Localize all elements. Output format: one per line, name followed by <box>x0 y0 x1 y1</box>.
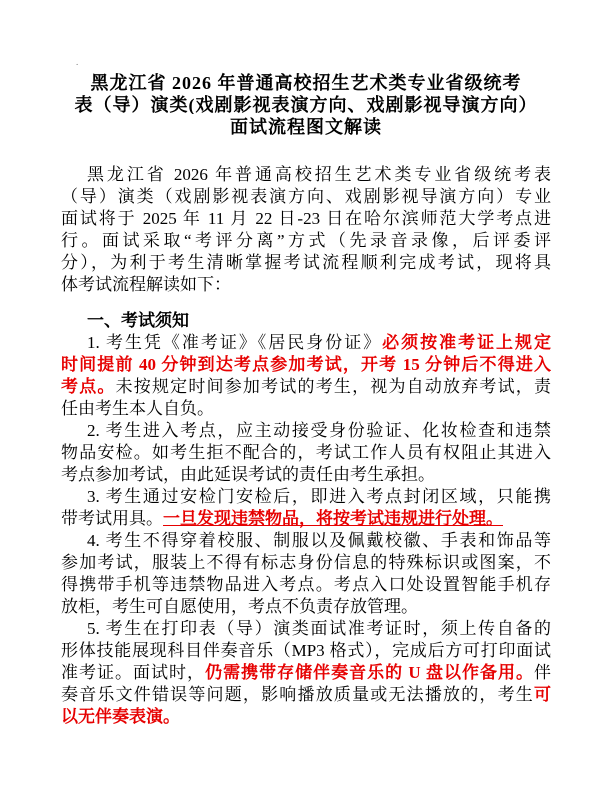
body-text: 4. 考生不得穿着校服、制服以及佩戴校徽、手表和饰品等 <box>87 531 551 550</box>
body-text: 未按规定时间参加考试的考生，视为自动放弃考试，责 <box>116 377 551 396</box>
body-text: 体考试流程解读如下： <box>61 275 231 294</box>
text-line: 形体技能展现科目伴奏音乐（MP3 格式），完成后方可打印面试 <box>61 640 551 662</box>
body-text: 2. 考生进入考点，应主动接受身份验证、化妆检查和违禁 <box>87 421 551 440</box>
emphasis-text: 必须按准考证上规定 <box>382 333 551 352</box>
document-title-line: 面试流程图文解读 <box>61 114 551 136</box>
text-line: 准考证。面试时，仍需携带存储伴奏音乐的 U 盘以作备用。伴 <box>61 662 551 684</box>
text-line: 面试将于 2025 年 11 月 22 日-23 日在哈尔滨师范大学考点进 <box>61 208 551 230</box>
body-text: 伴 <box>534 663 551 682</box>
paragraph: 3. 考生通过安检门安检后，即进入考点封闭区域，只能携带考试用具。一旦发现违禁物… <box>61 486 551 530</box>
text-line: 2. 考生进入考点，应主动接受身份验证、化妆检查和违禁 <box>61 420 551 442</box>
paragraph: 黑龙江省 2026 年普通高校招生艺术类专业省级统考表（导）演类（戏剧影视表演方… <box>61 164 551 296</box>
document-body: 黑龙江省 2026 年普通高校招生艺术类专业省级统考表（导）演类（戏剧影视表演方… <box>61 164 551 728</box>
body-text: 考点参加考试，由此延误考试的责任由考生承担。 <box>61 465 435 484</box>
text-line: 分），为利于考生清晰掌握考试流程顺利完成考试，现将具 <box>61 252 551 274</box>
document-title-line: 黑龙江省 2026 年普通高校招生艺术类专业省级统考 <box>61 70 551 92</box>
document-page: . 黑龙江省 2026 年普通高校招生艺术类专业省级统考表（导）演类(戏剧影视表… <box>0 0 612 792</box>
body-text: 参加考试，服装上不得有标志身份信息的特殊标识或图案，不 <box>61 553 551 572</box>
document-content: 黑龙江省 2026 年普通高校招生艺术类专业省级统考表（导）演类(戏剧影视表演方… <box>61 0 551 728</box>
text-line: 得携带手机等违禁物品进入考点。考点入口处设置智能手机存 <box>61 574 551 596</box>
emphasis-text: 仍需携带存储伴奏音乐的 U 盘以作备用。 <box>205 663 534 682</box>
body-text: 一、考试须知 <box>87 311 189 330</box>
body-text: 奏音乐文件错误等问题，影响播放质量或无法播放的，考生 <box>61 685 534 704</box>
emphasis-text: 时间提前 40 分钟到达考点参加考试，开考 15 分钟后不得进入 <box>61 355 551 374</box>
emphasis-text: 可 <box>534 685 551 704</box>
text-line: 黑龙江省 2026 年普通高校招生艺术类专业省级统考表 <box>61 164 551 186</box>
body-text: 1. 考生凭《准考证》《居民身份证》 <box>87 333 382 352</box>
body-text: （导）演类（戏剧影视表演方向、戏剧影视导演方向）专业 <box>61 187 551 206</box>
body-text: 黑龙江省 2026 年普通高校招生艺术类专业省级统考表 <box>87 165 551 184</box>
emphasis-text: 考点。 <box>61 377 116 396</box>
text-line: 1. 考生凭《准考证》《居民身份证》必须按准考证上规定 <box>61 332 551 354</box>
body-text: 5. 考生在打印表（导）演类面试准考证时，须上传自备的 <box>87 619 551 638</box>
body-text: 带考试用具。 <box>61 509 163 528</box>
text-line: （导）演类（戏剧影视表演方向、戏剧影视导演方向）专业 <box>61 186 551 208</box>
text-line: 体考试流程解读如下： <box>61 274 551 296</box>
body-text: 形体技能展现科目伴奏音乐（MP3 格式），完成后方可打印面试 <box>61 641 551 660</box>
text-line: 3. 考生通过安检门安检后，即进入考点封闭区域，只能携 <box>61 486 551 508</box>
paragraph: 4. 考生不得穿着校服、制服以及佩戴校徽、手表和饰品等参加考试，服装上不得有标志… <box>61 530 551 618</box>
text-line: 行。面试采取“考评分离”方式（先录音录像，后评委评 <box>61 230 551 252</box>
body-text: 分），为利于考生清晰掌握考试流程顺利完成考试，现将具 <box>61 253 551 272</box>
body-text: 准考证。面试时， <box>61 663 205 682</box>
text-line: 以无伴奏表演。 <box>61 706 551 728</box>
text-line: 奏音乐文件错误等问题，影响播放质量或无法播放的，考生可 <box>61 684 551 706</box>
text-line: 参加考试，服装上不得有标志身份信息的特殊标识或图案，不 <box>61 552 551 574</box>
body-text: 物品安检。如考生拒不配合的，考试工作人员有权阻止其进入 <box>61 443 551 462</box>
body-text: 3. 考生通过安检门安检后，即进入考点封闭区域，只能携 <box>87 487 551 506</box>
document-title-line: 表（导）演类(戏剧影视表演方向、戏剧影视导演方向） <box>61 92 551 114</box>
text-line: 物品安检。如考生拒不配合的，考试工作人员有权阻止其进入 <box>61 442 551 464</box>
text-line: 任由考生本人自负。 <box>61 398 551 420</box>
text-line: 带考试用具。一旦发现违禁物品，将按考试违规进行处理。 <box>61 508 551 530</box>
text-line: 一、考试须知 <box>61 310 551 332</box>
text-line: 放柜，考生可自愿使用，考点不负责存放管理。 <box>61 596 551 618</box>
text-line: 考点。未按规定时间参加考试的考生，视为自动放弃考试，责 <box>61 376 551 398</box>
paragraph: 5. 考生在打印表（导）演类面试准考证时，须上传自备的形体技能展现科目伴奏音乐（… <box>61 618 551 728</box>
text-line: 5. 考生在打印表（导）演类面试准考证时，须上传自备的 <box>61 618 551 640</box>
text-line: 时间提前 40 分钟到达考点参加考试，开考 15 分钟后不得进入 <box>61 354 551 376</box>
body-text: 任由考生本人自负。 <box>61 399 214 418</box>
section-heading: 一、考试须知 <box>61 310 551 332</box>
paragraph: 2. 考生进入考点，应主动接受身份验证、化妆检查和违禁物品安检。如考生拒不配合的… <box>61 420 551 486</box>
body-text: 放柜，考生可自愿使用，考点不负责存放管理。 <box>61 597 418 616</box>
body-text: 得携带手机等违禁物品进入考点。考点入口处设置智能手机存 <box>61 575 551 594</box>
emphasis-text: 以无伴奏表演。 <box>61 707 180 726</box>
paragraph: 1. 考生凭《准考证》《居民身份证》必须按准考证上规定时间提前 40 分钟到达考… <box>61 332 551 420</box>
text-line: 考点参加考试，由此延误考试的责任由考生承担。 <box>61 464 551 486</box>
document-title: 黑龙江省 2026 年普通高校招生艺术类专业省级统考表（导）演类(戏剧影视表演方… <box>61 70 551 136</box>
body-text: 行。面试采取“考评分离”方式（先录音录像，后评委评 <box>61 231 551 250</box>
emphasis-text: 一旦发现违禁物品，将按考试违规进行处理。 <box>163 509 503 528</box>
text-line: 4. 考生不得穿着校服、制服以及佩戴校徽、手表和饰品等 <box>61 530 551 552</box>
body-text: 面试将于 2025 年 11 月 22 日-23 日在哈尔滨师范大学考点进 <box>61 209 551 228</box>
